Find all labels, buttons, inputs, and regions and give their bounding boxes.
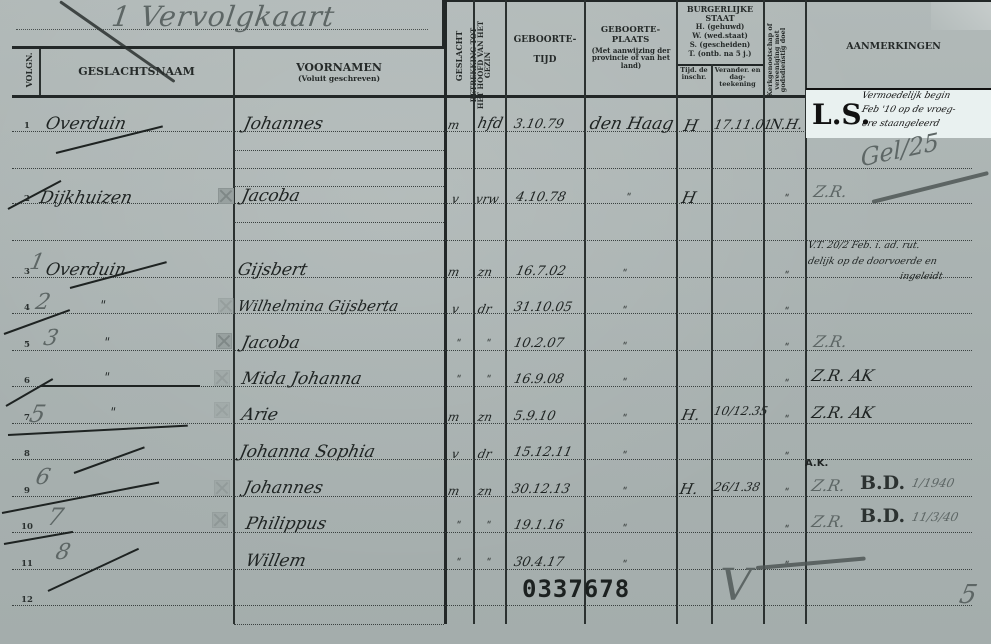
birth-date: 19.1.16	[512, 518, 565, 533]
header-voornamen: VOORNAMEN	[234, 62, 444, 74]
relation: vrw	[475, 192, 501, 206]
surname-ditto: "	[99, 298, 108, 312]
birth-place: "	[621, 305, 628, 316]
col-divider	[676, 0, 678, 624]
row-number: 1	[19, 121, 35, 131]
col-divider	[505, 0, 507, 624]
birth-place: den Haag	[588, 114, 676, 134]
church: "	[783, 306, 790, 317]
card-corner	[931, 0, 991, 30]
birth-date: 16.9.08	[512, 372, 565, 387]
bs-option-h: H. (gehuwd)	[677, 23, 763, 30]
corner-mark: 5	[957, 580, 980, 610]
sex: "	[455, 557, 462, 568]
row-number: 11	[19, 559, 35, 569]
header-geslacht: GESLACHT	[455, 24, 463, 88]
remarks: Z.R. AK	[810, 403, 876, 422]
header-geslachtsnaam: GESLACHTSNAAM	[40, 66, 233, 78]
church: "	[783, 378, 790, 389]
header-kerkgenootschap: Kerkgenootschap of vereeniging met godsd…	[767, 15, 803, 105]
strike-line	[74, 446, 145, 474]
birth-date: 31.10.05	[512, 300, 573, 315]
birth-place: "	[625, 192, 632, 203]
change-date: 17.11.01	[712, 118, 773, 133]
church: "	[783, 270, 790, 281]
surname: Overduin	[44, 260, 128, 280]
row-number: 8	[19, 449, 35, 459]
church: "	[783, 524, 790, 535]
row-number: 12	[19, 595, 35, 605]
bs-option-s: S. (gescheiden)	[677, 41, 763, 48]
row-subline	[234, 222, 444, 223]
birth-date: 5.9.10	[512, 409, 557, 424]
pencil-stroke	[872, 171, 989, 204]
col-divider	[444, 0, 447, 624]
birth-date: 4.10.78	[514, 190, 567, 205]
row-number: 9	[19, 486, 35, 496]
row-number: 6	[19, 376, 35, 386]
relation: zn	[477, 265, 494, 279]
header-geboorteplaats-2: PLAATS	[585, 36, 676, 45]
header-geboortetijd-1: GEBOORTE-	[506, 36, 584, 45]
birth-date: 30.12.13	[510, 482, 571, 497]
sex: "	[455, 374, 462, 385]
relation: "	[485, 557, 492, 568]
header-aanmerkingen: AANMERKINGEN	[806, 42, 981, 52]
bs-option-t: T. (ontb. na 5 j.)	[677, 50, 763, 57]
header-betrekking: BETREKKING TOT HET HOOFD VAN HET GEZIN	[470, 20, 500, 110]
civil-status: H	[680, 188, 698, 207]
row-subline	[234, 624, 444, 625]
stamp-box	[214, 370, 230, 386]
checkmark: V	[720, 560, 752, 611]
birth-date: 30.4.17	[512, 555, 565, 570]
row-line	[12, 496, 972, 497]
stamp-box	[216, 333, 232, 349]
relation: "	[485, 520, 492, 531]
row-line	[12, 423, 972, 424]
header-volgn: VOLGN.	[25, 45, 33, 95]
margin-number: 6	[33, 465, 52, 490]
stamp-box	[218, 298, 234, 314]
birth-date: 16.7.02	[514, 264, 567, 279]
church: N.H.	[768, 117, 804, 133]
ls-note: ere staangeleerd	[861, 119, 941, 129]
surname-ditto: "	[103, 370, 112, 384]
header-geboorteplaats-sub: (Met aanwijzing der provincie of van het…	[590, 47, 672, 69]
bd-date: 11/3/40	[911, 510, 960, 524]
surname-ditto: "	[109, 405, 118, 419]
birth-date: 15.12.11	[512, 445, 573, 460]
header-geboorteplaats-1: GEBOORTE-	[585, 26, 676, 35]
stamp-box	[214, 402, 230, 418]
given-name: Jacoba	[240, 333, 302, 353]
margin-number: 2	[33, 290, 52, 315]
margin-number: 8	[53, 540, 72, 565]
strike-line	[40, 385, 200, 387]
relation: zn	[477, 484, 494, 498]
row-line	[12, 277, 972, 278]
given-name: Willem	[244, 551, 308, 571]
remarks-note: ingeleidt	[899, 271, 944, 282]
sex: m	[447, 410, 461, 424]
relation: "	[485, 338, 492, 349]
sex: "	[455, 520, 462, 531]
relation: "	[485, 374, 492, 385]
row-number: 10	[19, 522, 35, 532]
given-name: Johannes	[242, 114, 325, 134]
ls-note: Vermoedelijk begin	[861, 91, 952, 101]
remarks: Z.R.	[812, 182, 849, 201]
stamp-box	[214, 480, 230, 496]
relation: hfd	[476, 114, 505, 132]
col-divider	[233, 49, 235, 624]
remarks-note: V.T. 20/2 Feb. i. ad. rut.	[807, 240, 921, 251]
col-divider	[711, 64, 713, 624]
civil-status: H.	[680, 406, 702, 424]
bd-stamp: B.D.	[860, 472, 905, 494]
ls-note: Feb '10 op de vroeg-	[861, 105, 957, 115]
row-subline	[234, 150, 444, 151]
header-voornamen-sub: (Voluit geschreven)	[234, 75, 444, 83]
church: "	[783, 451, 790, 462]
relation: zn	[477, 410, 494, 424]
row-line	[12, 168, 972, 169]
remarks-note: delijk op de doorvoerde en	[807, 256, 938, 267]
bd-date: 1/1940	[911, 476, 956, 490]
row-line	[12, 313, 972, 314]
given-name: Johanna Sophia	[238, 442, 377, 462]
bs-option-w: W. (wed.staat)	[677, 32, 763, 39]
surname: Dijkhuizen	[38, 188, 134, 208]
sex: "	[455, 338, 462, 349]
given-name: Wilhelmina Gijsberta	[236, 297, 400, 315]
row-number: 5	[19, 340, 35, 350]
row-line	[12, 569, 972, 570]
surname: Overduin	[44, 114, 128, 134]
stamp-box	[212, 512, 228, 528]
civil-status: H.	[678, 480, 700, 498]
row-line	[12, 605, 972, 606]
ak-stamp: A.K.	[805, 458, 828, 469]
gezinskaart-card: 1 Vervolgkaart VOLGN. GESLACHTSNAAM VOOR…	[0, 0, 991, 644]
given-name: Arie	[240, 405, 280, 425]
row-number: 4	[19, 303, 35, 313]
col-divider	[763, 0, 765, 624]
civil-status: H	[682, 116, 700, 135]
col-divider	[584, 0, 586, 624]
change-date: 10/12.35	[713, 404, 770, 418]
header-bottom-rule	[12, 95, 806, 98]
given-name: Mida Johanna	[240, 369, 364, 389]
header-geboortetijd-2: TIJD	[506, 56, 584, 65]
surname-ditto: "	[103, 335, 112, 349]
serial-number: 0337678	[522, 575, 630, 603]
birth-date: 10.2.07	[512, 336, 565, 351]
given-name: Jacoba	[240, 186, 302, 206]
remarks: Z.R. AK	[810, 366, 876, 385]
stamp-box	[218, 188, 234, 204]
header-verander: Verander. en dag-teekening	[712, 67, 763, 87]
margin-number: 3	[41, 326, 60, 351]
title-rule	[16, 29, 428, 30]
pencil-stroke	[756, 556, 866, 570]
given-name: Gijsbert	[236, 260, 309, 280]
row-line	[12, 532, 972, 533]
header-top-border	[12, 46, 446, 49]
remarks: Z.R.	[812, 332, 849, 351]
remarks: Z.R.	[810, 476, 847, 495]
given-name: Johannes	[242, 478, 325, 498]
header-top-rule	[446, 0, 991, 2]
bd-stamp: B.D.	[860, 505, 905, 527]
header-tijd-inschr: Tijd. de inschr.	[677, 67, 711, 81]
change-date: 26/1.38	[713, 480, 762, 494]
given-name: Philippus	[244, 514, 328, 534]
margin-number: 7	[45, 503, 66, 531]
birth-date: 3.10.79	[512, 117, 565, 132]
margin-number: 1	[27, 250, 46, 275]
church: "	[783, 342, 790, 353]
remarks: Z.R.	[810, 512, 847, 531]
sex: m	[447, 118, 461, 132]
